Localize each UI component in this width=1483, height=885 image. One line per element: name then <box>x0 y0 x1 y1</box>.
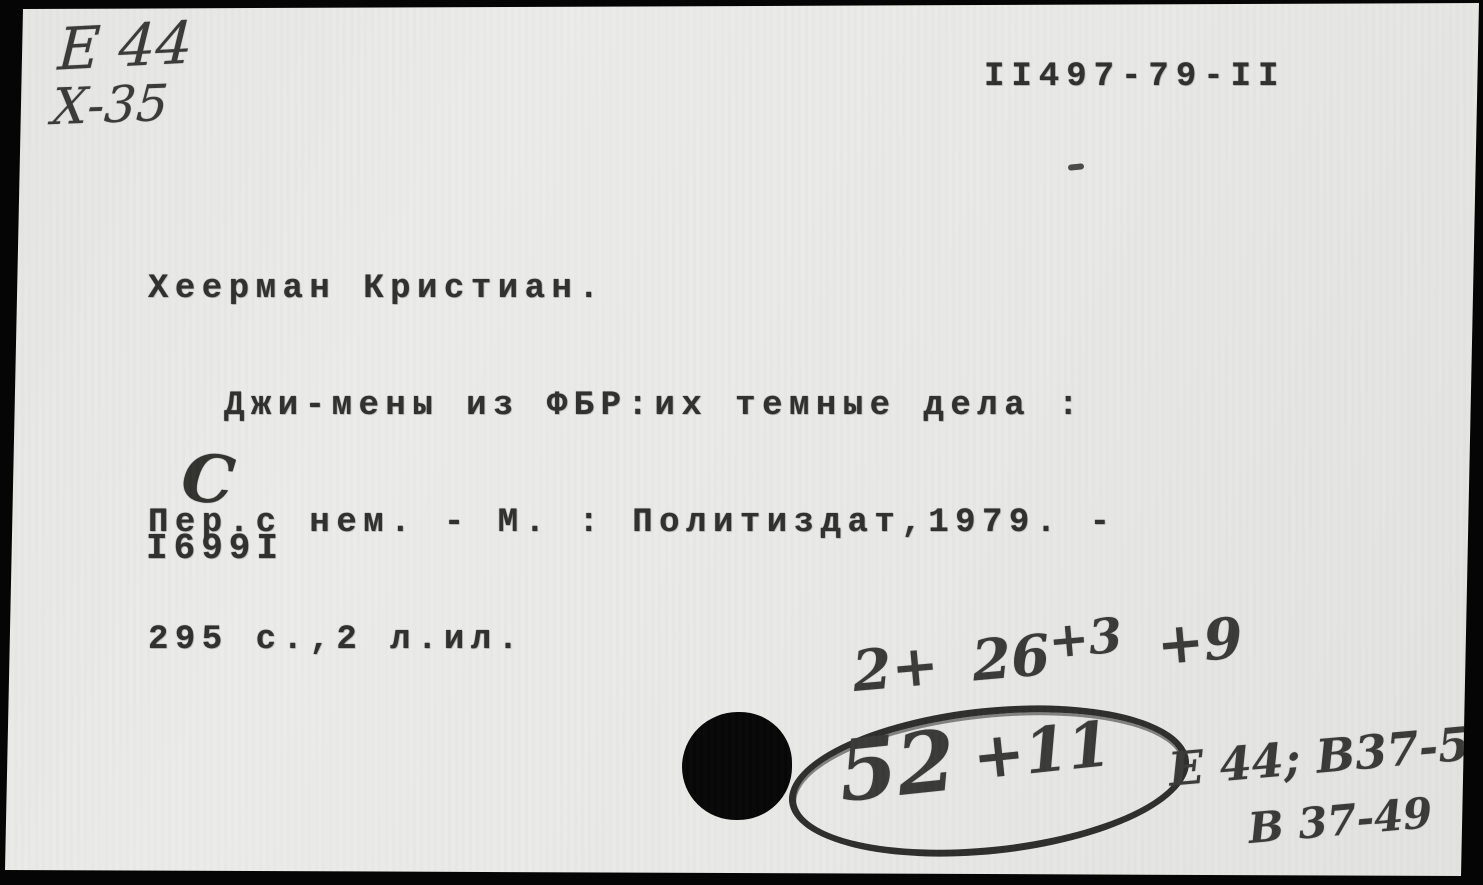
sum-part3: +9 <box>1154 605 1245 678</box>
typed-inventory-number: I699I <box>146 528 284 569</box>
sum-gap <box>940 681 974 684</box>
typed-series-letter: С <box>178 437 238 520</box>
author-line: Хеерман Кристиан. <box>148 270 1117 309</box>
handwritten-shelf-codes-line1: Е 44; В37-533; <box>1166 709 1483 796</box>
pencil-shelf-mark: Х-35 <box>50 74 170 136</box>
sum-gap <box>1125 664 1159 667</box>
imprint-line: Пер.с нем. - М. : Политиздат,1979. - <box>148 504 1117 543</box>
sum-part1: 2+ <box>850 632 941 705</box>
scanned-catalog-card-image: Е 44 Х-35 II497-79-II Хеерман Кристиан. … <box>0 0 1483 885</box>
pencil-classification-mark: Е 44 <box>56 8 194 83</box>
title-line: Джи-мены из ФБР:их темные дела : <box>148 387 1117 426</box>
circled-plus: +11 <box>969 707 1114 794</box>
sum-superscript: +3 <box>1046 608 1124 670</box>
black-ink-dot <box>682 712 792 820</box>
typed-accession-number: II497-79-II <box>984 58 1285 96</box>
stray-ink-mark <box>1068 163 1085 171</box>
circled-main: 52 <box>834 710 961 821</box>
catalog-card: Е 44 Х-35 II497-79-II Хеерман Кристиан. … <box>0 0 1483 885</box>
handwritten-shelf-codes-line2: В 37-49 <box>1246 788 1434 853</box>
sum-part2: 26 <box>969 622 1052 695</box>
